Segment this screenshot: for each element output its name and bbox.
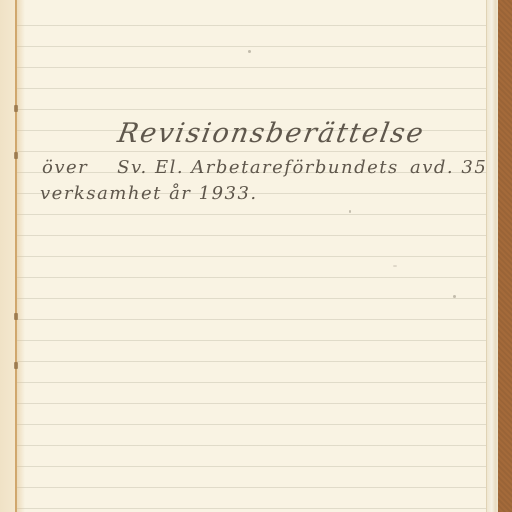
document-title: Revisionsberättelse <box>115 118 427 149</box>
organization-name: Sv. El. Arbetareförbundets <box>117 157 399 178</box>
binding-shadow <box>17 0 25 512</box>
binding-stitch <box>14 152 18 159</box>
binding-stitch <box>14 313 18 320</box>
department-number: avd. 35 <box>410 157 487 178</box>
line-prefix: över <box>42 157 88 178</box>
notebook-page: Revisionsberättelse över Sv. El. Arbetar… <box>0 0 512 512</box>
handwritten-line-1: över Sv. El. Arbetareförbundets avd. 35 <box>42 157 487 178</box>
binding-stitch <box>14 105 18 112</box>
paper-speck <box>393 265 397 267</box>
ruled-lines <box>17 0 487 512</box>
paper-speck <box>453 295 456 298</box>
book-cover-edge <box>498 0 512 512</box>
handwritten-line-2: verksamhet år 1933. <box>40 183 258 204</box>
left-page-edge <box>0 0 16 512</box>
paper-speck <box>349 210 351 213</box>
binding-stitch <box>14 362 18 369</box>
paper-speck <box>248 50 251 53</box>
